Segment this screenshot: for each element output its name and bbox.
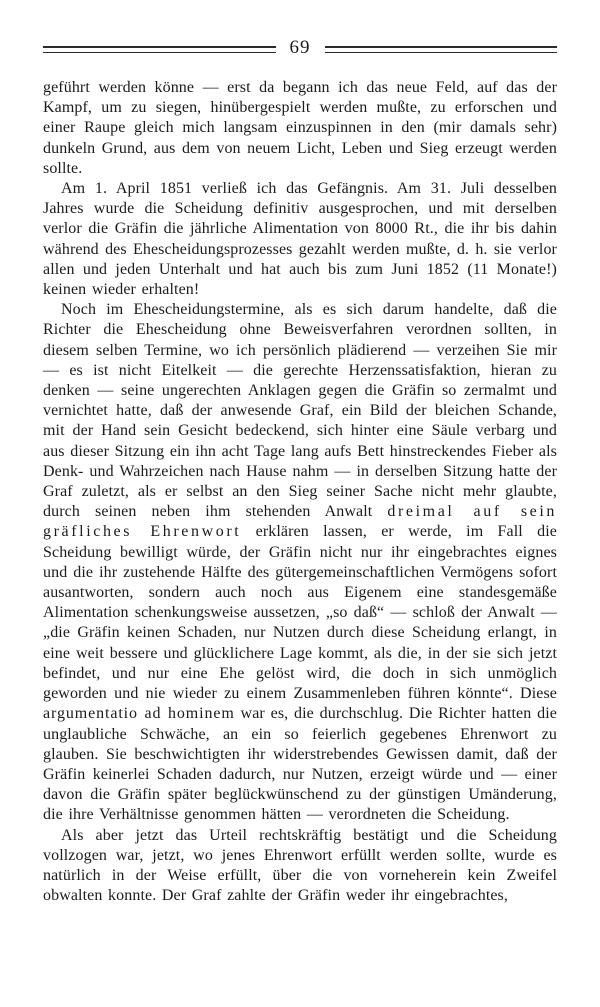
page-header: 69 [43, 40, 557, 58]
page-number: 69 [276, 38, 325, 57]
text-run: war es, die durchschlug. Die Richter hat… [43, 705, 557, 823]
text-run: erklären lassen, er werde, im Fall die S… [43, 523, 557, 702]
header-rule-right [325, 46, 558, 53]
text-block: geführt werden könne — erst da begann ic… [43, 78, 557, 906]
text-run: geführt werden könne — erst da begann ic… [43, 79, 557, 177]
book-page: 69 geführt werden könne — erst da begann… [43, 0, 557, 906]
text-run-emphasized-latin: argumentatio ad hominem [43, 705, 235, 722]
paragraph-1: geführt werden könne — erst da begann ic… [43, 78, 557, 179]
text-run: Am 1. April 1851 verließ ich das Gefängn… [43, 180, 557, 298]
text-run: Als aber jetzt das Urteil rechtskräftig … [43, 827, 557, 905]
text-run: Noch im Ehescheidungstermine, als es sic… [43, 301, 557, 520]
header-rule-left [43, 46, 276, 53]
paragraph-2: Am 1. April 1851 verließ ich das Gefängn… [43, 179, 557, 300]
paragraph-3: Noch im Ehescheidungstermine, als es sic… [43, 300, 557, 825]
paragraph-4: Als aber jetzt das Urteil rechtskräftig … [43, 826, 557, 907]
